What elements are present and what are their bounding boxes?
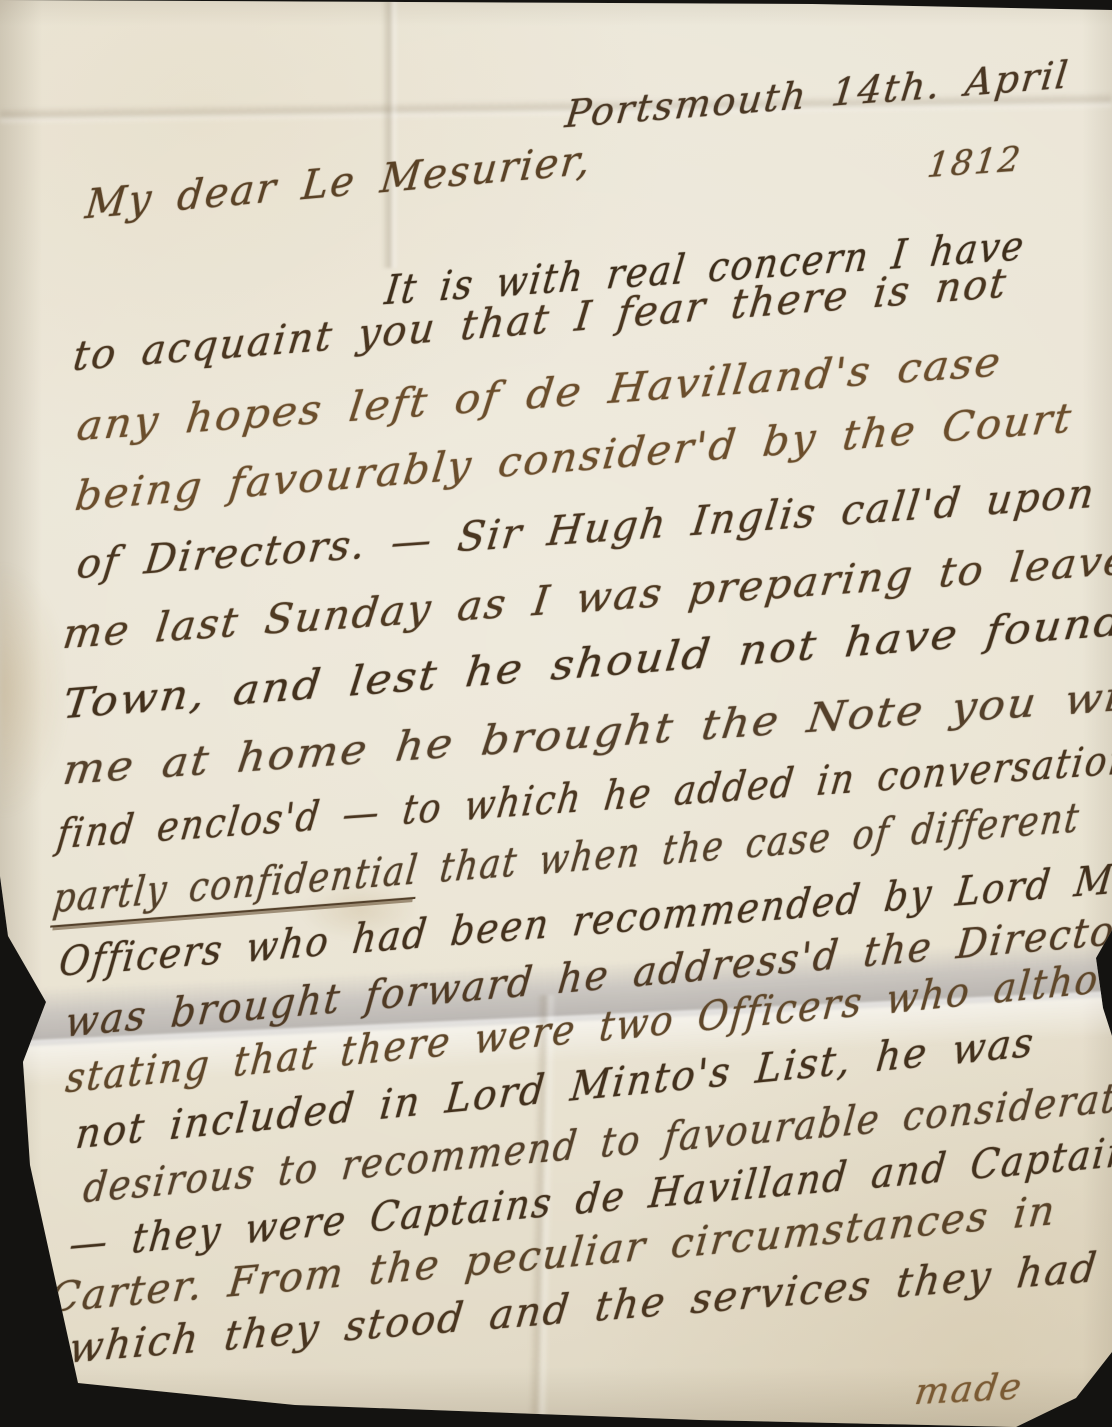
dateline-year: 1812	[925, 139, 1024, 186]
crease-vertical-top	[382, 0, 398, 268]
catchword: made	[912, 1366, 1026, 1413]
letter-paper: Portsmouth 14th. April 1812 My dear Le M…	[0, 0, 1112, 1427]
photo-background: { "letter": { "dateline": "Portsmouth 14…	[0, 0, 1112, 1427]
paper-stain	[0, 560, 70, 820]
